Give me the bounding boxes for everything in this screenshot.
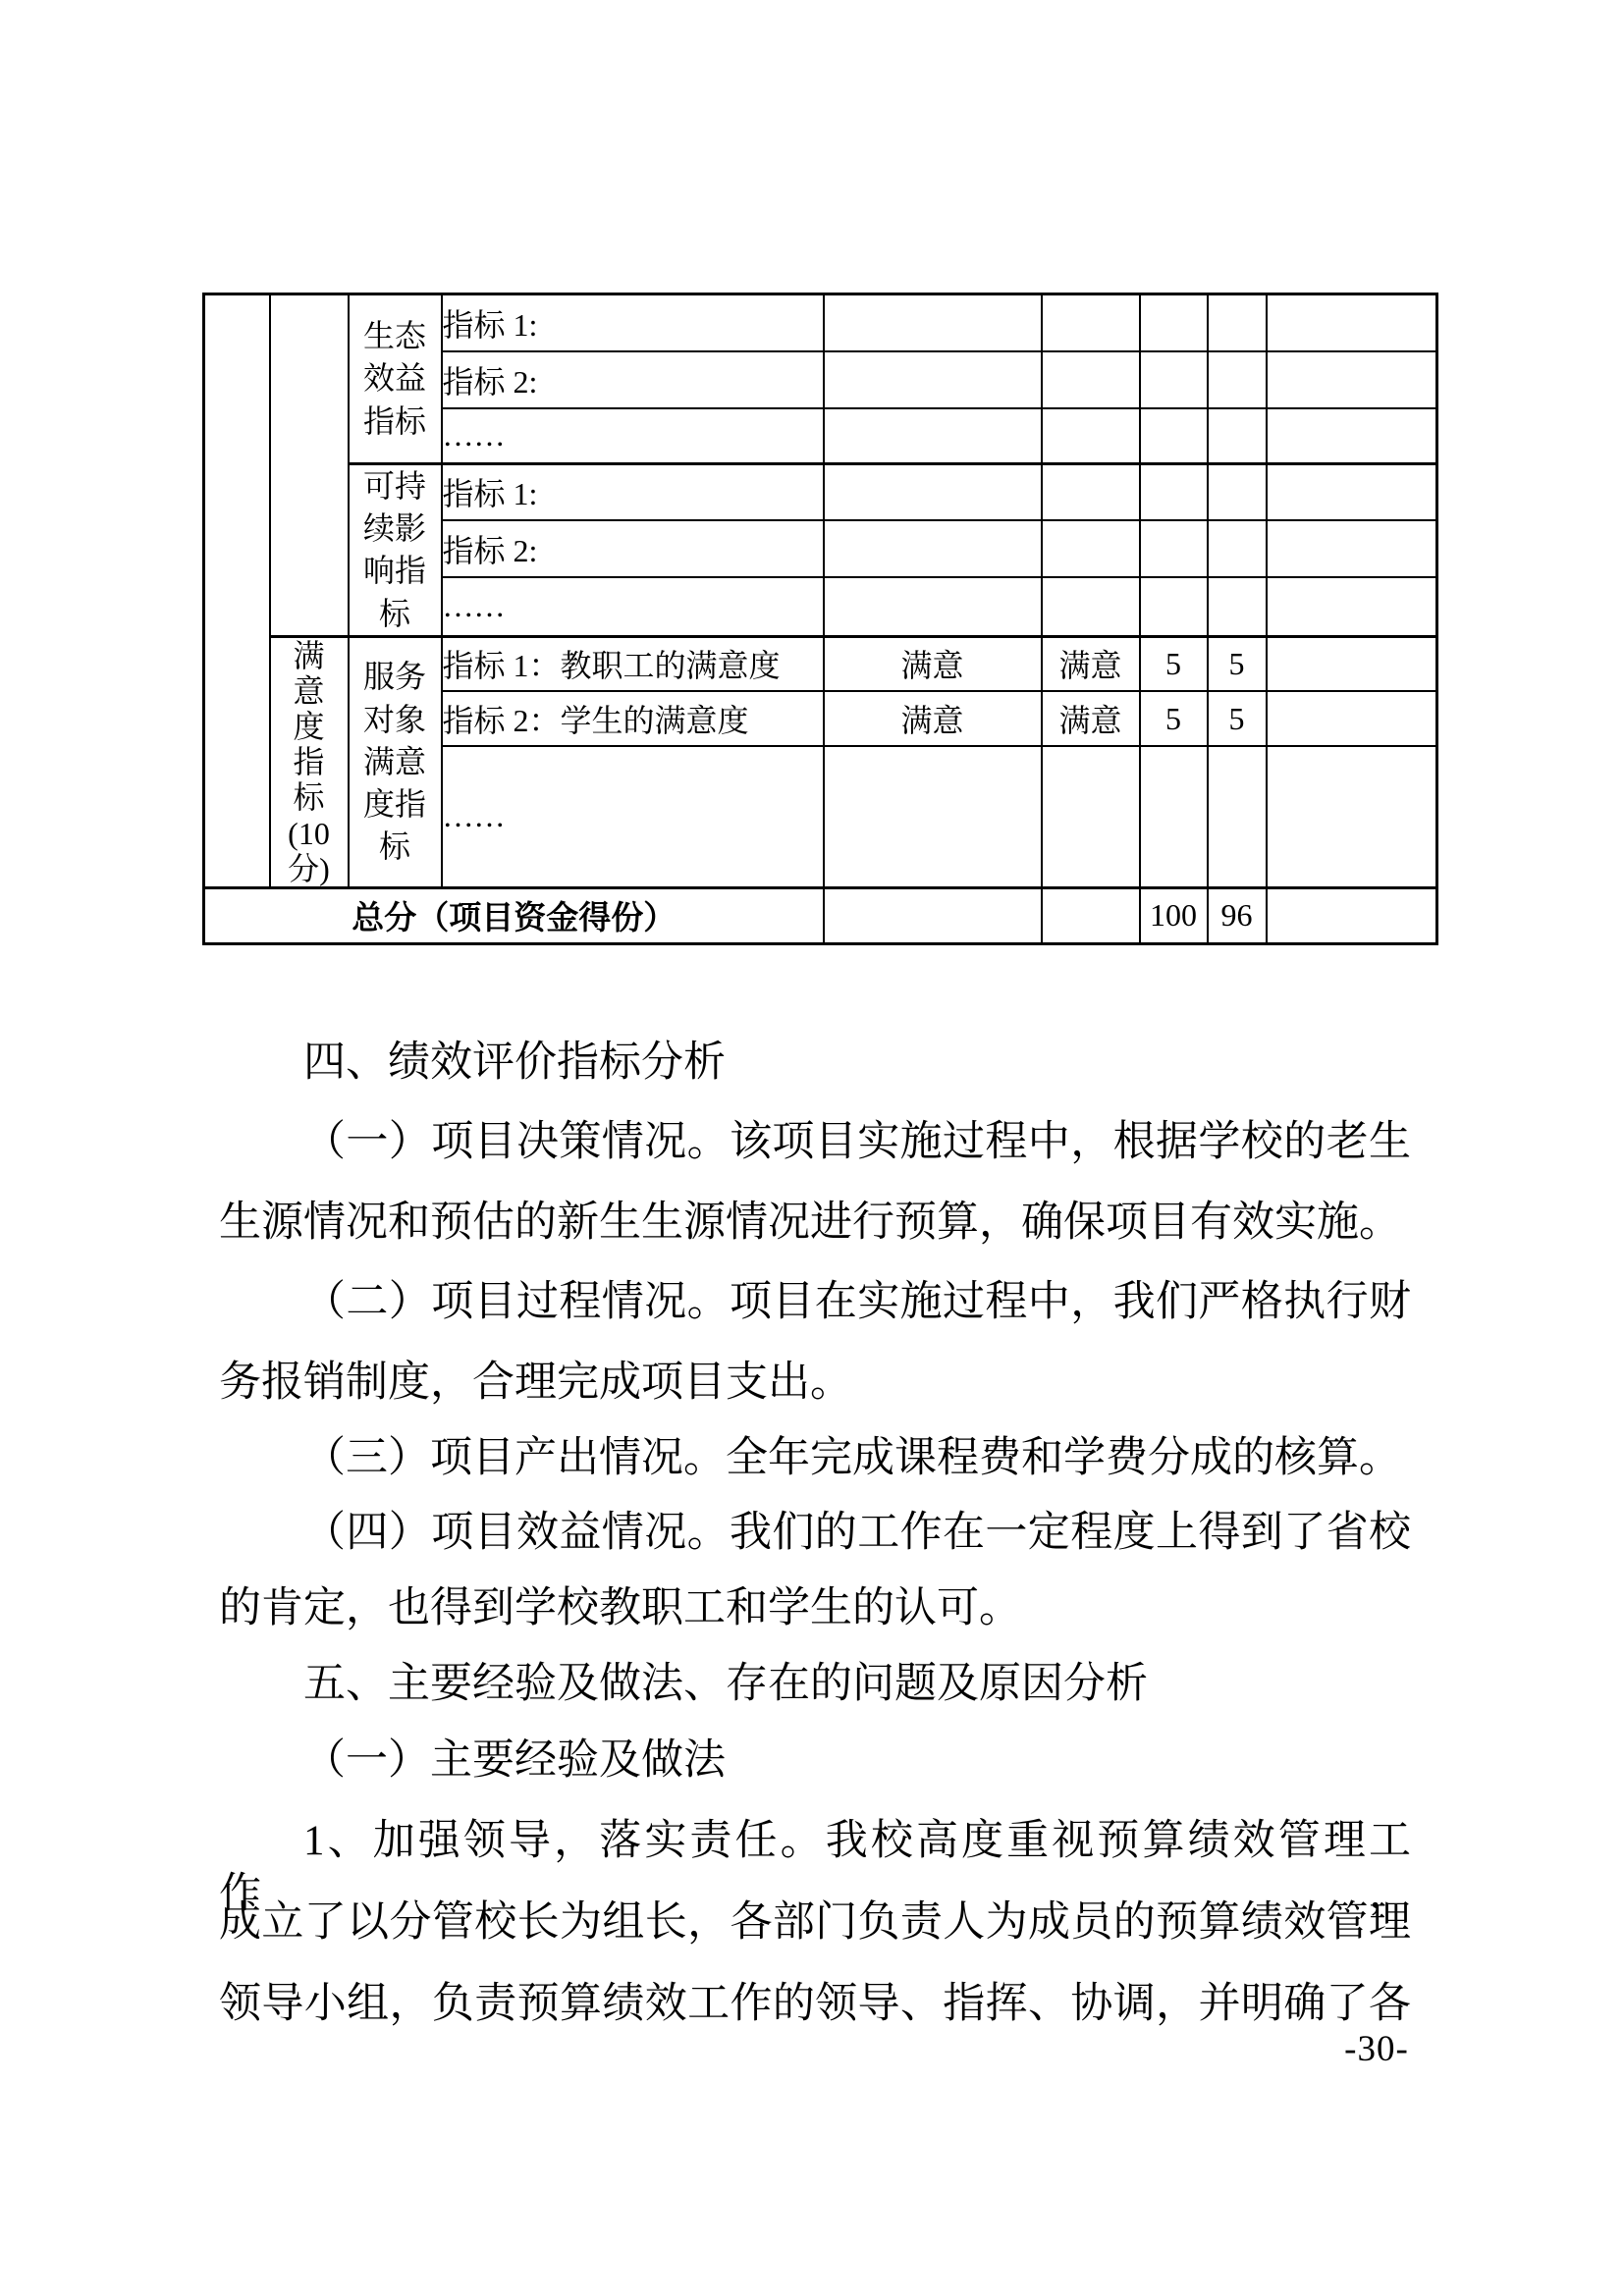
cell-note xyxy=(1267,636,1437,691)
cell-score-actual xyxy=(1208,577,1267,636)
cell-score-full xyxy=(1140,577,1208,636)
subsection-heading: （一）主要经验及做法 xyxy=(219,1735,1411,1788)
cell-indicator: 指标 2: xyxy=(442,351,824,408)
cell-score-full xyxy=(1140,464,1208,520)
paragraph-line: （四）项目效益情况。我们的工作在一定程度上得到了省校 xyxy=(219,1507,1411,1560)
cell-value2 xyxy=(1042,746,1140,887)
cell-value2: 满意 xyxy=(1042,636,1140,691)
cell-value2: 满意 xyxy=(1042,691,1140,746)
cell-indicator: 指标 2：学生的满意度 xyxy=(442,691,824,746)
cell-total-score-full: 100 xyxy=(1140,887,1208,943)
table-total-row: 总分（项目资金得份） 100 96 xyxy=(204,887,1437,943)
paragraph-line: （一）项目决策情况。该项目实施过程中，根据学校的老生 xyxy=(219,1116,1411,1169)
cell-value1 xyxy=(824,351,1042,408)
cell-score-actual xyxy=(1208,520,1267,577)
document-page: 生态 效益 指标 指标 1: 指标 2: …… 可持 续影 响指 标 xyxy=(0,0,1624,2296)
cell-note xyxy=(1267,520,1437,577)
cell-score-full xyxy=(1140,351,1208,408)
cell-value1 xyxy=(824,746,1042,887)
cell-value1 xyxy=(824,464,1042,520)
cell-indicator: 指标 1: xyxy=(442,464,824,520)
page-number: -30- xyxy=(1327,2028,1426,2070)
cell-section-label-service-satisfaction: 服务 对象 满意 度指 标 xyxy=(349,636,442,887)
table-row: 生态 效益 指标 指标 1: xyxy=(204,294,1437,351)
cell-score-actual xyxy=(1208,408,1267,464)
table-row: 可持 续影 响指 标 指标 1: xyxy=(204,464,1437,520)
cell-score-actual xyxy=(1208,351,1267,408)
cell-score-full xyxy=(1140,294,1208,351)
paragraph-line: 生源情况和预估的新生生源情况进行预算，确保项目有效实施。 xyxy=(219,1197,1411,1250)
cell-score-actual xyxy=(1208,464,1267,520)
cell-value2 xyxy=(1042,408,1140,464)
cell-note xyxy=(1267,577,1437,636)
cell-value1 xyxy=(824,577,1042,636)
cell-total-note xyxy=(1267,887,1437,943)
cell-total-value1 xyxy=(824,887,1042,943)
cell-score-full xyxy=(1140,746,1208,887)
cell-score-actual: 5 xyxy=(1208,691,1267,746)
cell-left-spacer xyxy=(204,294,270,888)
paragraph-line: 的肯定，也得到学校教职工和学生的认可。 xyxy=(219,1582,1411,1635)
paragraph-line: （二）项目过程情况。项目在实施过程中，我们严格执行财 xyxy=(219,1276,1411,1329)
paragraph-line: （三）项目产出情况。全年完成课程费和学费分成的核算。 xyxy=(219,1432,1411,1485)
cell-score-full: 5 xyxy=(1140,691,1208,746)
cell-score-full xyxy=(1140,408,1208,464)
cell-score-full xyxy=(1140,520,1208,577)
paragraph-line: 务报销制度，合理完成项目支出。 xyxy=(219,1357,1411,1410)
cell-upper-group-spacer xyxy=(270,294,349,637)
cell-value1: 满意 xyxy=(824,691,1042,746)
table-row: 满 意 度 指 标 (10 分) 服务 对象 满意 度指 标 指标 1：教职工的… xyxy=(204,636,1437,691)
cell-note xyxy=(1267,351,1437,408)
cell-note xyxy=(1267,408,1437,464)
cell-indicator: …… xyxy=(442,408,824,464)
cell-section-label-eco-benefit: 生态 效益 指标 xyxy=(349,294,442,464)
cell-score-actual: 5 xyxy=(1208,636,1267,691)
cell-value1 xyxy=(824,294,1042,351)
cell-indicator: …… xyxy=(442,746,824,887)
cell-total-label: 总分（项目资金得份） xyxy=(204,887,824,943)
cell-section-label-sustainable-impact: 可持 续影 响指 标 xyxy=(349,464,442,637)
paragraph-line: 成立了以分管校长为组长，各部门负责人为成员的预算绩效管理 xyxy=(219,1896,1411,1949)
cell-value2 xyxy=(1042,520,1140,577)
cell-indicator: …… xyxy=(442,577,824,636)
cell-group-label-satisfaction: 满 意 度 指 标 (10 分) xyxy=(270,636,349,887)
cell-total-value2 xyxy=(1042,887,1140,943)
cell-value2 xyxy=(1042,577,1140,636)
cell-indicator: 指标 2: xyxy=(442,520,824,577)
cell-score-actual xyxy=(1208,746,1267,887)
cell-score-full: 5 xyxy=(1140,636,1208,691)
paragraph-line: 领导小组，负责预算绩效工作的领导、指挥、协调，并明确了各 xyxy=(219,1978,1411,2031)
cell-total-score-actual: 96 xyxy=(1208,887,1267,943)
section-heading-5: 五、主要经验及做法、存在的问题及原因分析 xyxy=(219,1658,1411,1711)
cell-value1 xyxy=(824,520,1042,577)
cell-value2 xyxy=(1042,351,1140,408)
cell-value2 xyxy=(1042,294,1140,351)
cell-note xyxy=(1267,691,1437,746)
cell-value2 xyxy=(1042,464,1140,520)
cell-note xyxy=(1267,294,1437,351)
performance-indicators-table: 生态 效益 指标 指标 1: 指标 2: …… 可持 续影 响指 标 xyxy=(202,293,1438,945)
cell-indicator: 指标 1：教职工的满意度 xyxy=(442,636,824,691)
section-heading-4: 四、绩效评价指标分析 xyxy=(219,1037,1411,1090)
cell-value1: 满意 xyxy=(824,636,1042,691)
cell-note xyxy=(1267,464,1437,520)
cell-score-actual xyxy=(1208,294,1267,351)
cell-value1 xyxy=(824,408,1042,464)
cell-note xyxy=(1267,746,1437,887)
cell-indicator: 指标 1: xyxy=(442,294,824,351)
